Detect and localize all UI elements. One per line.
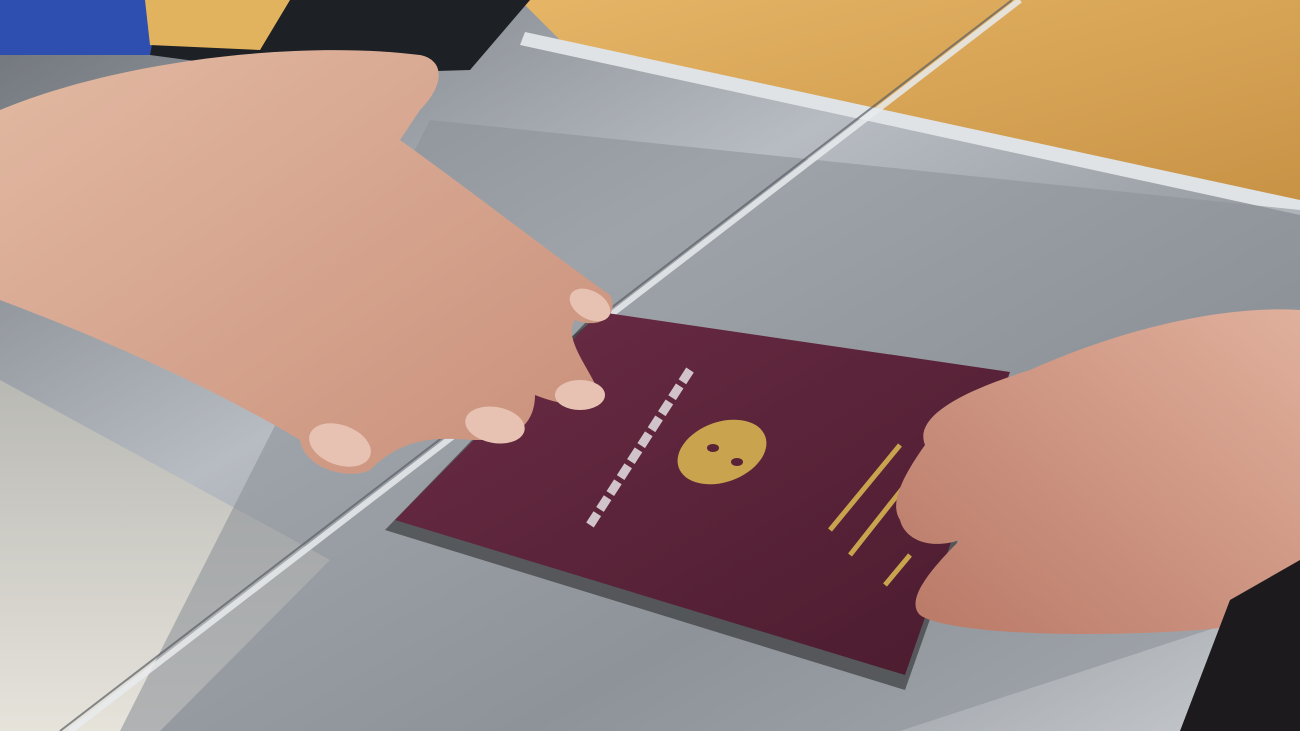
photo-scene: Close-up photograph of a hand passing a … (0, 0, 1300, 731)
photo-illustration (0, 0, 1300, 731)
